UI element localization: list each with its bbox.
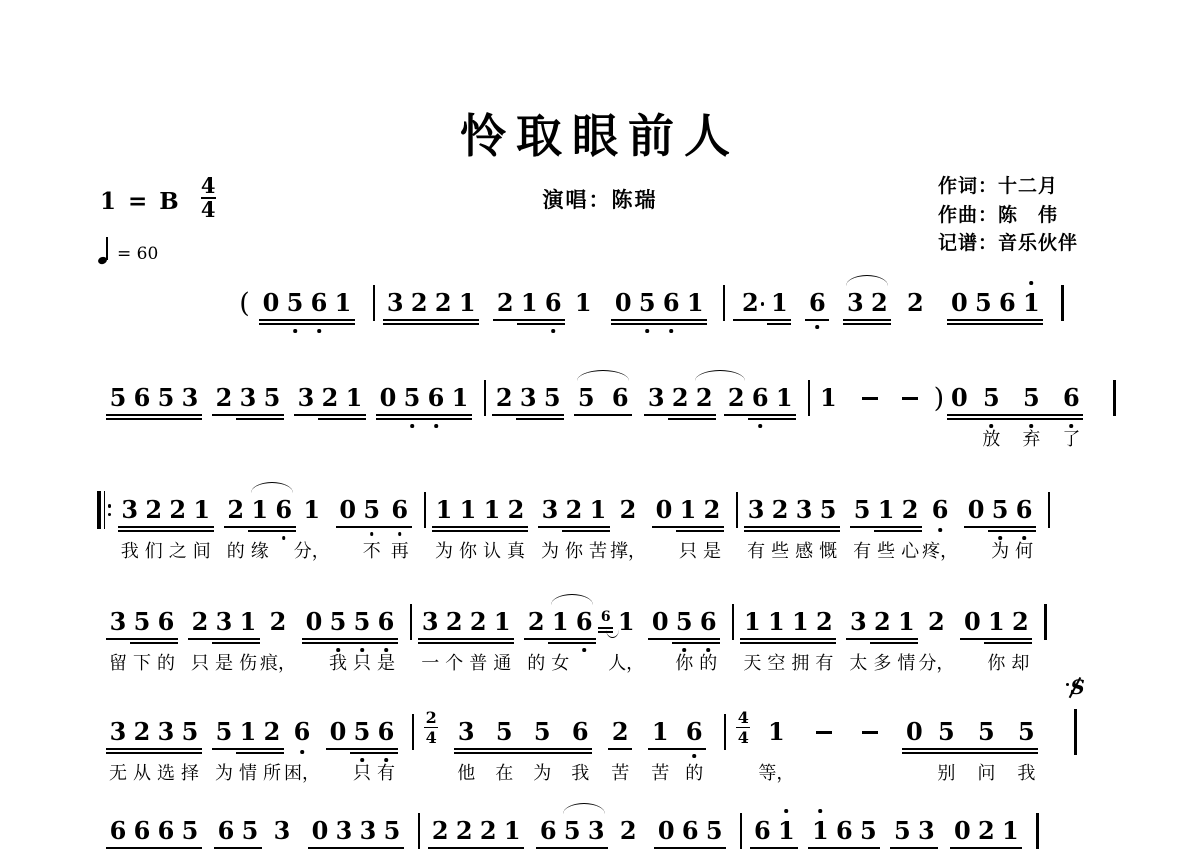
octave-dot-low <box>384 758 388 762</box>
barline <box>723 285 725 321</box>
beam-line <box>383 319 479 321</box>
lyric: 情 <box>239 763 257 785</box>
lyric: 择 <box>181 763 199 785</box>
note: 0 <box>259 288 283 318</box>
repeat-sign-begin <box>97 491 112 529</box>
beam-line <box>654 847 726 849</box>
beam-line <box>308 847 404 849</box>
lyric: 等， <box>758 763 794 785</box>
note: 2之 <box>166 495 190 525</box>
time-signature-change: 24 <box>422 710 440 745</box>
beam-line <box>130 642 178 644</box>
beam-line <box>536 847 608 849</box>
note: 5 <box>702 816 726 846</box>
lyric: 普 <box>469 653 487 675</box>
note: 2你 <box>562 495 586 525</box>
note: 2 <box>867 288 891 318</box>
beam-line <box>672 642 720 644</box>
note: 5问 <box>974 717 998 747</box>
slur <box>563 803 605 814</box>
beam-line <box>106 638 178 640</box>
note: 6 <box>659 288 683 318</box>
beam-line <box>947 319 1043 321</box>
note: 2 <box>428 816 452 846</box>
lyric: 你 <box>987 653 1005 675</box>
beam-line <box>805 319 829 321</box>
note: 1为 <box>432 495 456 525</box>
barline <box>808 380 810 416</box>
note: 3 <box>294 383 318 413</box>
slur <box>551 594 593 605</box>
note: 1等， <box>764 717 788 747</box>
lyric: 的 <box>527 653 545 675</box>
ts-bottom: 4 <box>426 730 437 745</box>
lyric: 情 <box>897 653 915 675</box>
lyric: 困， <box>284 763 320 785</box>
lyric: 在 <box>495 763 513 785</box>
note: 0 <box>964 495 988 525</box>
note: 2从 <box>130 717 154 747</box>
beam-line <box>984 642 1032 644</box>
octave-dot-low <box>360 648 364 652</box>
lyric: 我 <box>329 653 347 675</box>
spacer <box>178 607 188 608</box>
spacer <box>952 495 964 496</box>
note: 0 <box>652 495 676 525</box>
note: 0 <box>308 816 332 846</box>
barline: S <box>1074 709 1076 755</box>
spacer <box>514 607 524 608</box>
beam-line <box>902 752 1038 754</box>
lyric: 我 <box>121 541 139 563</box>
beam-line <box>418 638 514 640</box>
beam-line <box>947 418 1083 420</box>
score: (056132212161056121632205615653235321056… <box>0 0 1200 850</box>
spacer <box>840 383 862 384</box>
lyric: 了 <box>1062 429 1080 451</box>
beam-line <box>294 414 366 416</box>
note: 1你 <box>984 607 1008 637</box>
note: 6有 <box>374 717 398 747</box>
note: 1苦 <box>586 495 610 525</box>
note: 5 <box>283 288 307 318</box>
spacer <box>948 607 960 608</box>
note: 5慨 <box>816 495 840 525</box>
spacer <box>479 288 493 289</box>
lyric: 认 <box>483 541 501 563</box>
beam-line <box>432 530 528 532</box>
note: 2 <box>724 383 748 413</box>
note: 6的 <box>696 607 720 637</box>
beam-line <box>350 752 398 754</box>
note: 1拥 <box>788 607 812 637</box>
note: 2苦 <box>608 717 632 747</box>
lyric: 的 <box>157 653 175 675</box>
lyric: 们 <box>145 541 163 563</box>
spacer <box>632 383 644 384</box>
beam-line <box>236 752 284 754</box>
note: 3 <box>270 816 294 846</box>
note: 0 <box>947 288 971 318</box>
note: 6 <box>214 816 238 846</box>
spacer <box>840 495 850 496</box>
note: 2些 <box>768 495 792 525</box>
note: 3 <box>914 816 938 846</box>
note: 2个 <box>442 607 466 637</box>
note: 2 <box>493 288 517 318</box>
note: 5只 <box>350 717 374 747</box>
lyric: 是 <box>377 653 395 675</box>
note: 3 <box>644 383 668 413</box>
note: 5 <box>154 383 178 413</box>
spacer <box>598 383 608 384</box>
octave-dot-low <box>669 329 673 333</box>
spacer <box>214 495 224 496</box>
note: 6 <box>154 816 178 846</box>
lyric: 有 <box>853 541 871 563</box>
spacer <box>1003 383 1019 384</box>
octave-dot-low <box>990 424 994 428</box>
note: 2 <box>733 288 767 318</box>
barline <box>1113 380 1115 416</box>
spacer <box>202 816 214 817</box>
note: 3感 <box>792 495 816 525</box>
barline <box>736 492 738 528</box>
beam-line <box>740 642 836 644</box>
note: 3 <box>356 816 380 846</box>
octave-dot-low <box>1022 536 1026 540</box>
beam-line <box>750 847 798 849</box>
note: 2 <box>668 383 692 413</box>
note: 2却 <box>1008 607 1032 637</box>
note: 2 <box>431 288 455 318</box>
spacer <box>1043 288 1061 289</box>
barline <box>1061 285 1063 321</box>
spacer <box>294 816 308 817</box>
lyric: 伤 <box>239 653 257 675</box>
lyric: 留 <box>109 653 127 675</box>
note: 0 <box>302 607 326 637</box>
spacer <box>638 607 648 608</box>
note: 6是 <box>374 607 398 637</box>
repeat-thin-bar <box>104 491 106 529</box>
note: 6了 <box>1059 383 1083 413</box>
lyric: 弃 <box>1022 429 1040 451</box>
beam-line <box>733 319 791 321</box>
ts-bottom: 4 <box>738 730 749 745</box>
note: 5 <box>260 383 284 413</box>
slur <box>577 370 629 381</box>
beam-line <box>106 752 202 754</box>
octave-dot-low <box>998 536 1002 540</box>
barline <box>1048 492 1050 528</box>
spacer <box>314 717 326 718</box>
note: 2有 <box>812 607 836 637</box>
beam-line <box>890 847 938 849</box>
lyric: 慨 <box>819 541 837 563</box>
note: 0 <box>950 816 974 846</box>
note: 5 <box>560 816 584 846</box>
beam-line <box>106 847 202 849</box>
spacer <box>202 383 212 384</box>
note: 6 <box>805 288 829 318</box>
note: 2是 <box>700 495 724 525</box>
lyric: 个 <box>445 653 463 675</box>
note: 0 <box>648 607 672 637</box>
note: 3 <box>843 288 867 318</box>
note: 6 <box>832 816 856 846</box>
lyric: 何 <box>1015 541 1033 563</box>
note: 2 <box>692 383 716 413</box>
note: 2 <box>492 383 516 413</box>
note: 1女 <box>548 607 572 637</box>
spacer <box>202 717 212 718</box>
lyric: 只 <box>353 763 371 785</box>
lyric: 感 <box>795 541 813 563</box>
spacer <box>1038 717 1074 718</box>
lyric: 我 <box>1017 763 1035 785</box>
lyric: 人， <box>608 653 644 675</box>
repeat-thick-bar <box>97 491 101 529</box>
note: 6 <box>536 816 560 846</box>
lyric: 无 <box>109 763 127 785</box>
note: 5 <box>400 383 424 413</box>
lyric: 只 <box>353 653 371 675</box>
note: 3为 <box>538 495 562 525</box>
note: 5 <box>380 816 404 846</box>
lyric: 是 <box>215 653 233 675</box>
lyric: 只 <box>679 541 697 563</box>
note: 0 <box>611 288 635 318</box>
lyric: 放 <box>982 429 1000 451</box>
lyric: 之 <box>169 541 187 563</box>
spacer <box>284 383 294 384</box>
note: 5放 <box>979 383 1003 413</box>
note: 6 <box>307 288 331 318</box>
lyric: 疼， <box>922 541 958 563</box>
note: 2 <box>212 383 236 413</box>
octave-dot-low <box>300 750 304 754</box>
note: 1 <box>998 816 1022 846</box>
lyric: 的 <box>227 541 245 563</box>
segno-dot <box>1066 683 1069 686</box>
note: 1通 <box>490 607 514 637</box>
note: 6 <box>130 816 154 846</box>
beam-line <box>668 418 716 420</box>
lyric: 为 <box>215 763 233 785</box>
barline <box>740 813 742 849</box>
spacer <box>725 288 733 289</box>
spacer <box>516 717 530 718</box>
spacer <box>592 717 608 718</box>
music-line-2: 56532353210561235563222611)05放5弃6了 <box>106 383 1116 416</box>
note: 2分， <box>924 607 948 637</box>
spacer <box>829 288 843 289</box>
octave-dot-low <box>551 329 555 333</box>
music-line-1: (05613221216105612163220561 <box>238 288 1064 321</box>
note: 6 <box>678 816 702 846</box>
beam-line <box>724 414 796 416</box>
spacer <box>958 717 974 718</box>
note: 3是 <box>212 607 236 637</box>
spacer <box>440 717 454 718</box>
note: 6 <box>106 816 130 846</box>
spacer <box>355 288 373 289</box>
note: 1 <box>774 816 798 846</box>
lyric: 拥 <box>791 653 809 675</box>
lyric: 从 <box>133 763 151 785</box>
note: 6再 <box>388 495 412 525</box>
note: 0 <box>376 383 400 413</box>
lyric: 问 <box>977 763 995 785</box>
note: 1些 <box>874 495 898 525</box>
spacer <box>564 383 574 384</box>
octave-dot-low <box>1070 424 1074 428</box>
note: 5我 <box>1014 717 1038 747</box>
note: 1 <box>331 288 355 318</box>
lyric: 的 <box>685 763 703 785</box>
octave-dot-low <box>384 648 388 652</box>
spacer <box>832 717 862 718</box>
note: 5 <box>238 816 262 846</box>
spacer <box>404 816 418 817</box>
note: 6的 <box>154 607 178 637</box>
spacer <box>414 717 422 718</box>
note: 2普 <box>466 607 490 637</box>
octave-dot-low <box>938 528 942 532</box>
spacer <box>632 717 648 718</box>
note: 1 <box>342 383 366 413</box>
note: 3留 <box>106 607 130 637</box>
note: 2 <box>407 288 431 318</box>
octave-dot-low <box>758 424 762 428</box>
note: 1 <box>517 288 541 318</box>
note: 6 <box>608 383 632 413</box>
spacer <box>472 383 484 384</box>
beam-line <box>248 530 296 532</box>
spacer <box>707 288 723 289</box>
beam-line <box>808 847 880 849</box>
note: 3无 <box>106 717 130 747</box>
beam-line <box>336 526 412 528</box>
note: 2只 <box>188 607 212 637</box>
note: 5弃 <box>1019 383 1043 413</box>
spacer <box>752 717 764 718</box>
slur <box>695 370 745 381</box>
lyric: 女 <box>551 653 569 675</box>
octave-dot-low <box>370 532 374 536</box>
dash-extension <box>862 397 878 400</box>
note: 6疼， <box>928 495 952 525</box>
sheet-music-page: 怜取眼前人 演唱：陈瑞 作词：十二月 作曲：陈 伟 记谱：音乐伙伴 1 = B … <box>0 0 1200 850</box>
music-line-6: 66656530335222165320656116553021 <box>106 816 1039 849</box>
lyric: 是 <box>703 541 721 563</box>
note: 1伤 <box>236 607 260 637</box>
note: 3 <box>178 383 202 413</box>
spacer <box>878 383 902 384</box>
note: 2们 <box>142 495 166 525</box>
note: 6何 <box>1012 495 1036 525</box>
lyric: 些 <box>877 541 895 563</box>
note: 5为 <box>212 717 236 747</box>
note: 1认 <box>480 495 504 525</box>
note: 0 <box>902 717 926 747</box>
spacer <box>720 607 732 608</box>
octave-dot-low <box>645 329 649 333</box>
note: 1 <box>1019 288 1043 318</box>
note: 3 <box>236 383 260 413</box>
barline <box>410 604 412 640</box>
lyric: 太 <box>849 653 867 675</box>
beam-line <box>118 530 214 532</box>
ts-top: 4 <box>738 710 749 725</box>
note: 3他 <box>454 717 478 747</box>
spacer <box>716 383 724 384</box>
barline <box>1044 604 1046 640</box>
note: 3 <box>516 383 540 413</box>
spacer <box>726 816 740 817</box>
note: 2的 <box>224 495 248 525</box>
music-line-5: 3无2从3选5择5为1情2所6困，05只6有243他5在5为6我2苦1苦6的44… <box>106 717 1077 755</box>
note: 3我 <box>118 495 142 525</box>
beam-line <box>428 847 524 849</box>
beam-line <box>106 748 202 750</box>
note: 5 <box>574 383 598 413</box>
note: 2的 <box>524 607 548 637</box>
beam-line <box>947 414 1083 416</box>
lyric: 真 <box>507 541 525 563</box>
spacer <box>595 288 611 289</box>
beam-line <box>376 418 472 420</box>
beam-line <box>843 323 891 325</box>
octave-dot-low <box>434 424 438 428</box>
beam-line <box>302 638 398 640</box>
lyric: 有 <box>377 763 395 785</box>
repeat-dots <box>108 491 112 529</box>
note: 6 <box>272 495 296 525</box>
note: 2 <box>974 816 998 846</box>
beam-line <box>748 418 796 420</box>
beam-line <box>517 323 565 325</box>
note: 5我 <box>326 607 350 637</box>
beam-line <box>224 526 296 528</box>
note: 1只 <box>676 495 700 525</box>
spacer <box>926 717 934 718</box>
barline <box>373 285 375 321</box>
beam-line <box>493 319 565 321</box>
note: 0 <box>654 816 678 846</box>
note: 1 <box>683 288 707 318</box>
note: 1情 <box>894 607 918 637</box>
barline <box>424 492 426 528</box>
spacer <box>375 288 383 289</box>
note: 5只 <box>350 607 374 637</box>
spacer <box>798 816 808 817</box>
note: 5择 <box>178 717 202 747</box>
note: 0 <box>960 607 984 637</box>
note: 5 <box>540 383 564 413</box>
beam-line <box>259 323 355 325</box>
note: 5下 <box>130 607 154 637</box>
note: 5 <box>106 383 130 413</box>
spacer <box>640 495 652 496</box>
barline <box>418 813 420 849</box>
lyric: 为 <box>435 541 453 563</box>
beam-line <box>652 526 724 528</box>
lyric: 苦 <box>651 763 669 785</box>
note: 6我 <box>568 717 592 747</box>
barline <box>484 380 486 416</box>
